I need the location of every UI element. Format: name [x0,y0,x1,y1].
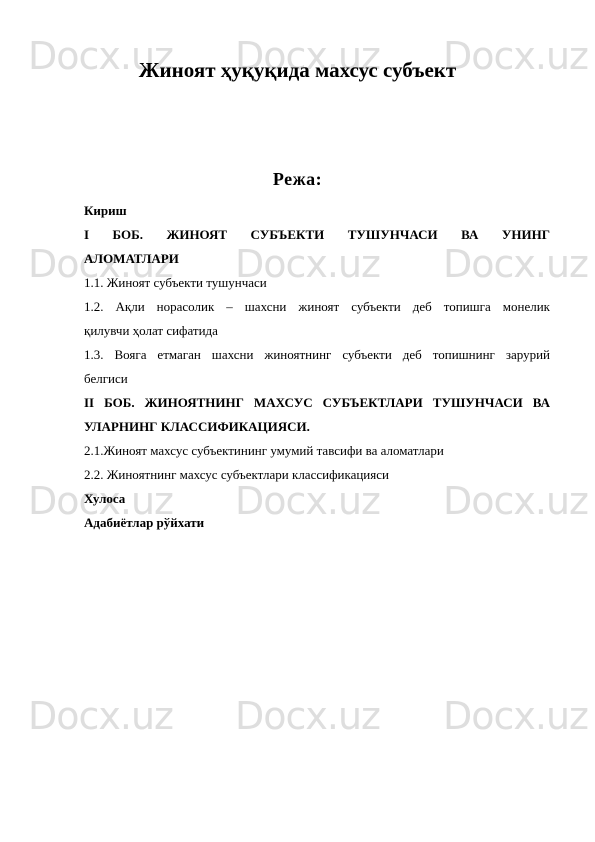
toc-intro: Кириш [84,199,550,223]
toc-chapter-2: II БОБ. ЖИНОЯТНИНГ МАХСУС СУБЪЕКТЛАРИ ТУ… [84,391,550,415]
toc-chapter-1: I БОБ. ЖИНОЯТ СУБЪЕКТИ ТУШУНЧАСИ ВА УНИН… [84,223,550,247]
toc-section-1-1: 1.1. Жиноят субъекти тушунчаси [84,271,550,295]
plan-heading: Режа: [0,169,595,190]
document-title: Жиноят ҳуқуқида махсус субъект [0,58,595,83]
toc-section-1-2: 1.2. Ақли норасолик – шахсни жиноят субъ… [84,295,550,319]
toc-references: Адабиётлар рўйхати [84,511,550,535]
document-page: Жиноят ҳуқуқида махсус субъект Режа: Кир… [0,0,595,842]
toc-section-1-2-cont: қилувчи ҳолат сифатида [84,319,550,343]
toc-section-2-1: 2.1.Жиноят махсус субъектининг умумий та… [84,439,550,463]
toc-chapter-2-cont: УЛАРНИНГ КЛАССИФИКАЦИЯСИ. [84,415,550,439]
toc-section-2-2: 2.2. Жиноятнинг махсус субъектлари класс… [84,463,550,487]
toc-chapter-1-cont: АЛОМАТЛАРИ [84,247,550,271]
toc-conclusion: Хулоса [84,487,550,511]
toc-section-1-3-cont: белгиси [84,367,550,391]
table-of-contents: Кириш I БОБ. ЖИНОЯТ СУБЪЕКТИ ТУШУНЧАСИ В… [84,199,550,535]
toc-section-1-3: 1.3. Вояга етмаган шахсни жиноятнинг суб… [84,343,550,367]
